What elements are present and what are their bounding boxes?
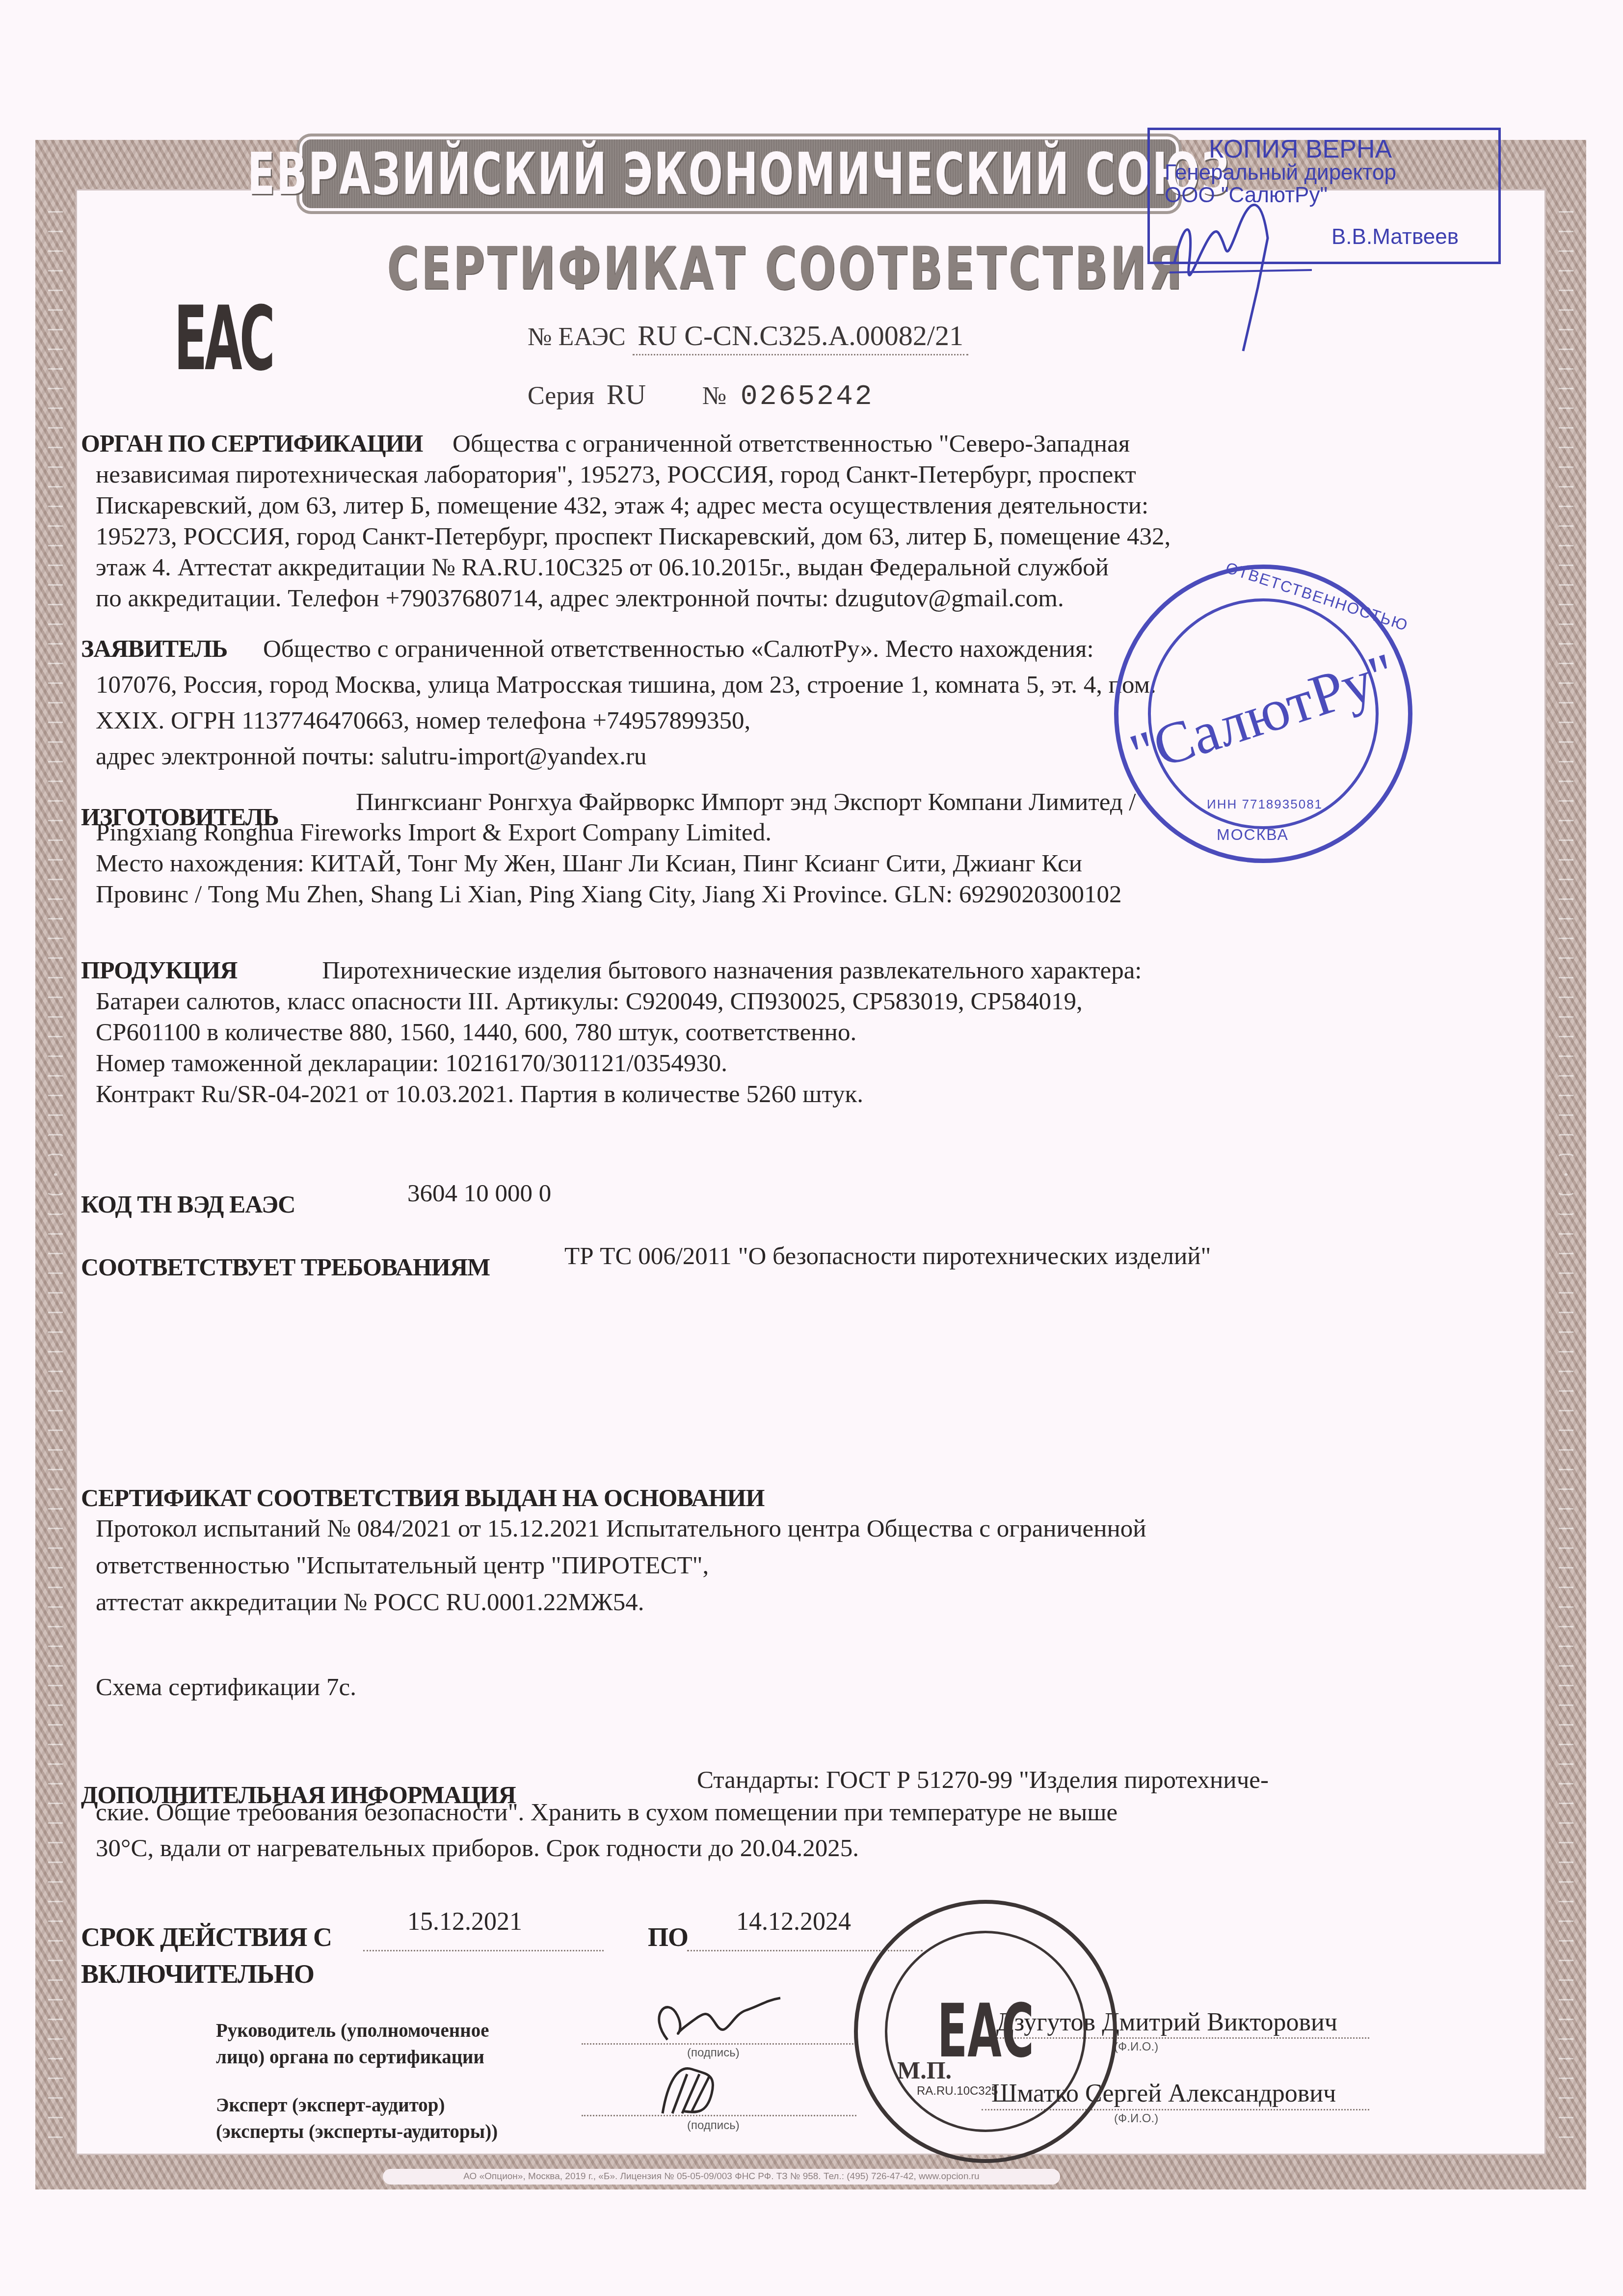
product-line: Номер таможенной декларации: 10216170/30… — [81, 1048, 1470, 1079]
section-hs-code: КОД ТН ВЭД ЕАЭС 3604 10 000 0 — [81, 1178, 1470, 1217]
additional-info-line: 30°С, вдали от нагревательных приборов. … — [81, 1833, 1470, 1864]
certification-body-line: 195273, РОССИЯ, город Санкт-Петербург, п… — [81, 521, 1470, 552]
applicant-round-stamp: "СалютРу" ОТВЕТСТВЕННОСТЬЮ МОСКВА ИНН 77… — [1114, 565, 1412, 863]
section-basis: СЕРТИФИКАТ СООТВЕТСТВИЯ ВЫДАН НА ОСНОВАН… — [81, 1483, 1470, 1703]
number-value: RU C-CN.С325.А.00082/21 — [633, 319, 968, 355]
validity-inclusive: ВКЛЮЧИТЕЛЬНО — [81, 1959, 314, 1989]
manufacturer-line: Провинс / Tong Mu Zhen, Shang Li Xian, P… — [81, 879, 1470, 910]
blank-number-value: 0265242 — [741, 381, 874, 413]
manufacturer-label: ИЗГОТОВИТЕЛЬ — [81, 802, 279, 833]
copy-stamp-title: КОПИЯ ВЕРНА — [1209, 138, 1392, 161]
conformity-value: ТР ТС 006/2011 "О безопасности пиротехни… — [564, 1241, 1211, 1272]
validity-from-label: СРОК ДЕЙСТВИЯ С — [81, 1922, 332, 1952]
certification-body-label: ОРГАН ПО СЕРТИФИКАЦИИ — [81, 430, 423, 457]
certification-scheme: Схема сертификации 7с. — [81, 1672, 1470, 1703]
basis-line: аттестат аккредитации № РОСС RU.0001.22М… — [81, 1587, 1470, 1618]
validity-to-label: ПО — [648, 1922, 688, 1952]
series-line: Серия RU № 0265242 — [528, 378, 874, 413]
union-banner: ЕВРАЗИЙСКИЙ ЭКОНОМИЧЕСКИЙ СОЮЗ — [299, 136, 1179, 211]
product-line: Контракт Ru/SR-04-2021 от 10.03.2021. Па… — [81, 1079, 1470, 1110]
org-stamp-mp: М.П. — [897, 2056, 952, 2084]
series-label: Серия — [528, 382, 594, 410]
basis-line: ответственностью "Испытательный центр "П… — [81, 1550, 1470, 1581]
section-additional-info: ДОПОЛНИТЕЛЬНАЯ ИНФОРМАЦИЯ Стандарты: ГОС… — [81, 1765, 1470, 1864]
certification-body-round-stamp: ЕАС М.П. RA.RU.10С325 — [854, 1900, 1117, 2163]
expert-signature-caption: (подпись) — [687, 2119, 740, 2133]
border-ornament-left — [48, 199, 63, 2150]
certification-body-line: Пискаревский, дом 63, литер Б, помещение… — [81, 490, 1470, 521]
certificate-number: № ЕАЭС RU C-CN.С325.А.00082/21 — [528, 319, 968, 355]
certification-body-line: независимая пиротехническая лаборатория"… — [81, 459, 1470, 490]
product-line: СР601100 в количестве 880, 1560, 1440, 6… — [81, 1017, 1470, 1048]
product-label: ПРОДУКЦИЯ — [81, 956, 237, 984]
additional-info-label: ДОПОЛНИТЕЛЬНАЯ ИНФОРМАЦИЯ — [81, 1780, 516, 1810]
validity-from-underline — [363, 1950, 604, 1951]
printer-imprint: АО «Опцион», Москва, 2019 г., «Б». Лицен… — [383, 2169, 1060, 2185]
applicant-first-line: Общество с ограниченной ответственностью… — [263, 635, 1094, 663]
validity-from-date: 15.12.2021 — [407, 1907, 522, 1936]
section-conformity: СООТВЕТСТВУЕТ ТРЕБОВАНИЯМ ТР ТС 006/2011… — [81, 1241, 1470, 1280]
series-value: RU — [607, 378, 646, 410]
eac-logo: ЕАС — [203, 290, 244, 388]
expert-signatory-label: Эксперт (эксперт-аудитор) (эксперты (экс… — [216, 2092, 498, 2145]
union-title: ЕВРАЗИЙСКИЙ ЭКОНОМИЧЕСКИЙ СОЮЗ — [247, 140, 1231, 208]
expert-signature-icon — [653, 2064, 751, 2118]
copy-certified-stamp: КОПИЯ ВЕРНА Генеральный директор ООО "Са… — [1147, 128, 1501, 264]
applicant-stamp-city: МОСКВА — [1217, 826, 1289, 844]
manufacturer-first-line: Пингксианг Ронгхуа Файрворкс Импорт энд … — [356, 787, 1136, 818]
copy-stamp-position: Генеральный директор — [1165, 162, 1396, 184]
copy-stamp-signer: В.В.Матвеев — [1331, 226, 1459, 248]
head-signature-caption: (подпись) — [687, 2046, 740, 2060]
basis-line: Протокол испытаний № 084/2021 от 15.12.2… — [81, 1513, 1470, 1544]
validity-to-date: 14.12.2024 — [736, 1907, 851, 1936]
hs-code-label: КОД ТН ВЭД ЕАЭС — [81, 1189, 295, 1220]
conformity-label: СООТВЕТСТВУЕТ ТРЕБОВАНИЯМ — [81, 1252, 490, 1283]
certification-body-first-line: Общества с ограниченной ответственностью… — [452, 430, 1130, 458]
number-label: № ЕАЭС — [528, 323, 626, 351]
head-signatory-label: Руководитель (уполномоченное лицо) орган… — [216, 2018, 489, 2071]
product-line: Батареи салютов, класс опасности III. Ар… — [81, 986, 1470, 1017]
expert-name-caption: (Ф.И.О.) — [1114, 2112, 1158, 2126]
director-signature-icon — [1165, 189, 1322, 356]
hs-code-value: 3604 10 000 0 — [407, 1178, 551, 1209]
additional-info-first-line: Стандарты: ГОСТ Р 51270-99 "Изделия пиро… — [697, 1765, 1269, 1796]
blank-number-label: № — [702, 382, 727, 410]
border-ornament-right — [1559, 199, 1573, 2150]
head-signature-icon — [648, 1996, 785, 2045]
applicant-label: ЗАЯВИТЕЛЬ — [81, 635, 227, 662]
applicant-stamp-inn: ИНН 7718935081 — [1207, 797, 1323, 812]
org-stamp-accreditation: RA.RU.10С325 — [917, 2084, 998, 2098]
product-first-line: Пиротехнические изделия бытового назначе… — [322, 957, 1142, 984]
printer-imprint-text: АО «Опцион», Москва, 2019 г., «Б». Лицен… — [463, 2171, 979, 2182]
section-product: ПРОДУКЦИЯ Пиротехнические изделия бытово… — [81, 955, 1470, 1110]
head-name-caption: (Ф.И.О.) — [1114, 2040, 1158, 2054]
basis-label: СЕРТИФИКАТ СООТВЕТСТВИЯ ВЫДАН НА ОСНОВАН… — [81, 1483, 1470, 1513]
